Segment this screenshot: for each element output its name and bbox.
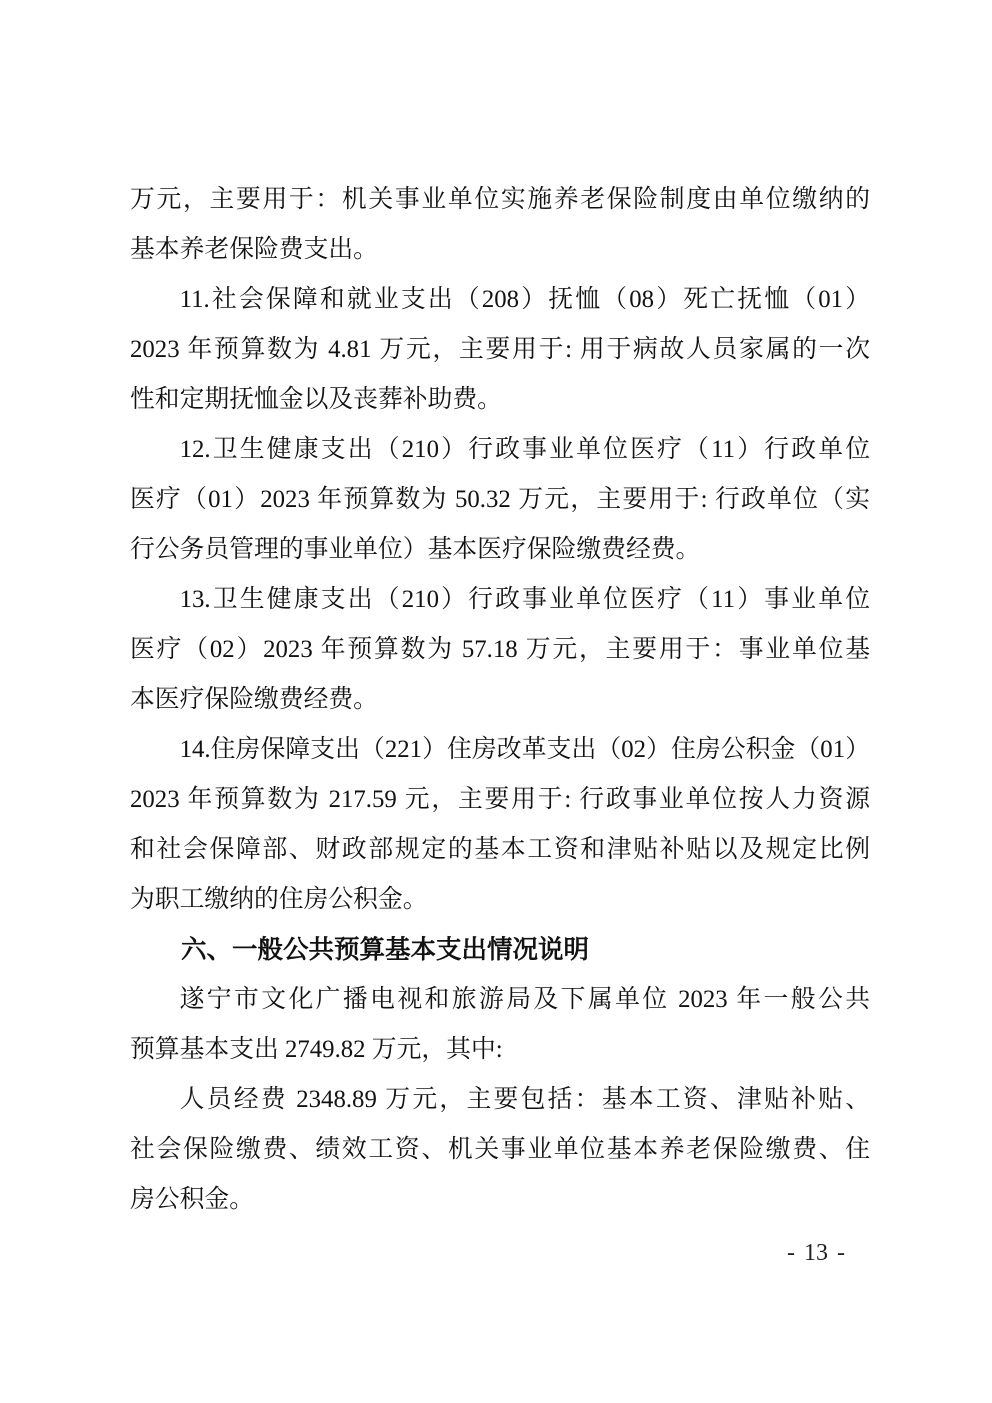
paragraph: 遂宁市文化广播电视和旅游局及下属单位 2023 年一般公共 预算基本支出 274… — [130, 975, 870, 1075]
text-line: 性和定期抚恤金以及丧葬补助费。 — [130, 375, 870, 425]
paragraph: 14.住房保障支出（221）住房改革支出（02）住房公积金（01） 2023 年… — [130, 725, 870, 925]
text-line: 遂宁市文化广播电视和旅游局及下属单位 2023 年一般公共 — [130, 975, 870, 1025]
text-line: 本医疗保险缴费经费。 — [130, 675, 870, 725]
text-line: 2023 年预算数为 217.59 元，主要用于: 行政事业单位按人力资源 — [130, 775, 870, 825]
text-line: 基本养老保险费支出。 — [130, 225, 870, 275]
text-line: 医疗（01）2023 年预算数为 50.32 万元，主要用于: 行政单位（实 — [130, 475, 870, 525]
text-line: 社会保险缴费、绩效工资、机关事业单位基本养老保险缴费、住 — [130, 1125, 870, 1175]
paragraph: 人员经费 2348.89 万元，主要包括：基本工资、津贴补贴、 社会保险缴费、绩… — [130, 1075, 870, 1225]
document-page: 万元，主要用于：机关事业单位实施养老保险制度由单位缴纳的 基本养老保险费支出。 … — [0, 0, 992, 1403]
paragraph: 12.卫生健康支出（210）行政事业单位医疗（11）行政单位 医疗（01）202… — [130, 425, 870, 575]
section-heading-text: 六、一般公共预算基本支出情况说明 — [130, 925, 870, 975]
text-line: 行公务员管理的事业单位）基本医疗保险缴费经费。 — [130, 525, 870, 575]
text-line: 预算基本支出 2749.82 万元，其中: — [130, 1025, 870, 1075]
paragraph: 11.社会保障和就业支出（208）抚恤（08）死亡抚恤（01） 2023 年预算… — [130, 275, 870, 425]
text-line: 人员经费 2348.89 万元，主要包括：基本工资、津贴补贴、 — [130, 1075, 870, 1125]
section-heading: 六、一般公共预算基本支出情况说明 — [130, 925, 870, 975]
text-line: 14.住房保障支出（221）住房改革支出（02）住房公积金（01） — [130, 725, 870, 775]
page-number: - 13 - — [787, 1238, 845, 1268]
text-line: 和社会保障部、财政部规定的基本工资和津贴补贴以及规定比例 — [130, 825, 870, 875]
text-line: 万元，主要用于：机关事业单位实施养老保险制度由单位缴纳的 — [130, 175, 870, 225]
page: { "doc": { "paragraphs": [ { "role": "bo… — [0, 0, 992, 1403]
text-line: 医疗（02）2023 年预算数为 57.18 万元，主要用于：事业单位基 — [130, 625, 870, 675]
text-line: 为职工缴纳的住房公积金。 — [130, 875, 870, 925]
paragraph: 万元，主要用于：机关事业单位实施养老保险制度由单位缴纳的 基本养老保险费支出。 — [130, 175, 870, 275]
text-line: 房公积金。 — [130, 1175, 870, 1225]
paragraph: 13.卫生健康支出（210）行政事业单位医疗（11）事业单位 医疗（02）202… — [130, 575, 870, 725]
text-line: 2023 年预算数为 4.81 万元，主要用于: 用于病故人员家属的一次 — [130, 325, 870, 375]
text-line: 11.社会保障和就业支出（208）抚恤（08）死亡抚恤（01） — [130, 275, 870, 325]
text-line: 12.卫生健康支出（210）行政事业单位医疗（11）行政单位 — [130, 425, 870, 475]
document-body: 万元，主要用于：机关事业单位实施养老保险制度由单位缴纳的 基本养老保险费支出。 … — [130, 175, 870, 1225]
text-line: 13.卫生健康支出（210）行政事业单位医疗（11）事业单位 — [130, 575, 870, 625]
